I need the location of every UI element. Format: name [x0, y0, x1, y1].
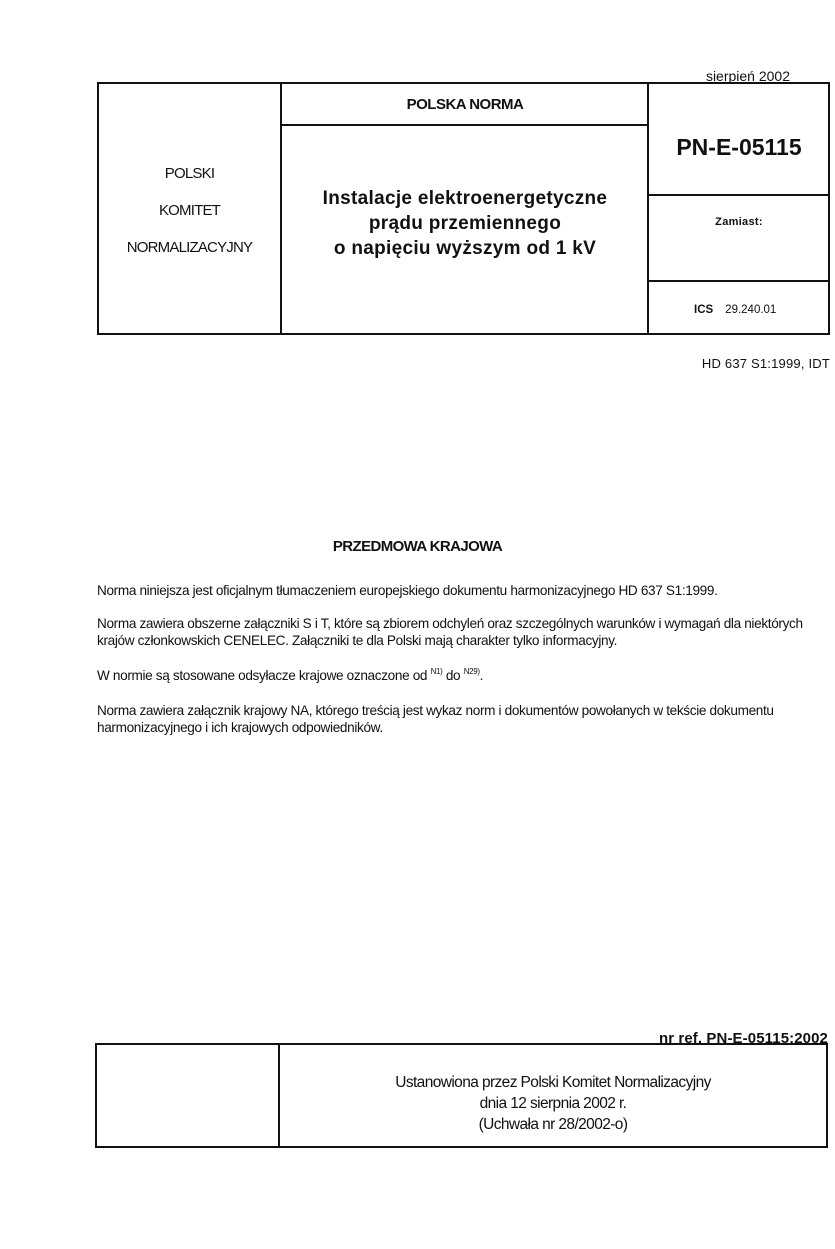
footnote-ref-first: N1): [431, 667, 443, 676]
title-line: o napięciu wyższym od 1 kV: [282, 236, 648, 261]
document-title: Instalacje elektroenergetyczne prądu prz…: [282, 186, 648, 261]
footer-border-top: [95, 1043, 828, 1045]
footer-border-left: [95, 1043, 97, 1148]
title-line: prądu przemiennego: [282, 211, 648, 236]
norm-kind: POLSKA NORMA: [282, 96, 648, 113]
table-border-right: [828, 82, 830, 335]
preface-paragraph: W normie są stosowane odsyłacze krajowe …: [97, 667, 832, 684]
text: do: [442, 668, 463, 683]
establishment-line: dnia 12 sierpnia 2002 r.: [279, 1093, 827, 1114]
table-border-bottom: [97, 333, 830, 335]
preface-paragraph: Norma zawiera obszerne załączniki S i T,…: [97, 615, 832, 649]
table-divider-norm: [281, 124, 647, 126]
ics-classification: ICS29.240.01: [694, 304, 776, 316]
table-divider-code: [648, 194, 829, 196]
harmonized-document: HD 637 S1:1999, IDT: [620, 356, 830, 371]
preface-title: PRZEDMOWA KRAJOWA: [0, 538, 835, 555]
preface-paragraph: Norma niniejsza jest oficjalnym tłumacze…: [97, 582, 832, 599]
committee-line: KOMITET: [98, 192, 281, 229]
replaces-label: Zamiast:: [649, 216, 829, 228]
preface-paragraph: Norma zawiera załącznik krajowy NA, któr…: [97, 702, 832, 736]
issue-date: sierpień 2002: [660, 68, 790, 84]
footer-border-bottom: [95, 1146, 828, 1148]
title-line: Instalacje elektroenergetyczne: [282, 186, 648, 211]
norm-code: PN-E-05115: [649, 134, 829, 161]
text: .: [480, 668, 483, 683]
committee-line: POLSKI: [98, 155, 281, 192]
establishment-note: Ustanowiona przez Polski Komitet Normali…: [279, 1072, 827, 1135]
establishment-line: Ustanowiona przez Polski Komitet Normali…: [279, 1072, 827, 1093]
ics-label: ICS: [694, 304, 713, 316]
establishment-line: (Uchwała nr 28/2002-o): [279, 1114, 827, 1135]
committee-name: POLSKI KOMITET NORMALIZACYJNY: [98, 155, 281, 266]
committee-line: NORMALIZACYJNY: [98, 229, 281, 266]
ics-value: 29.240.01: [725, 304, 776, 316]
footnote-ref-last: N29): [464, 667, 480, 676]
text: W normie są stosowane odsyłacze krajowe …: [97, 668, 431, 683]
table-divider-ics: [648, 280, 829, 282]
